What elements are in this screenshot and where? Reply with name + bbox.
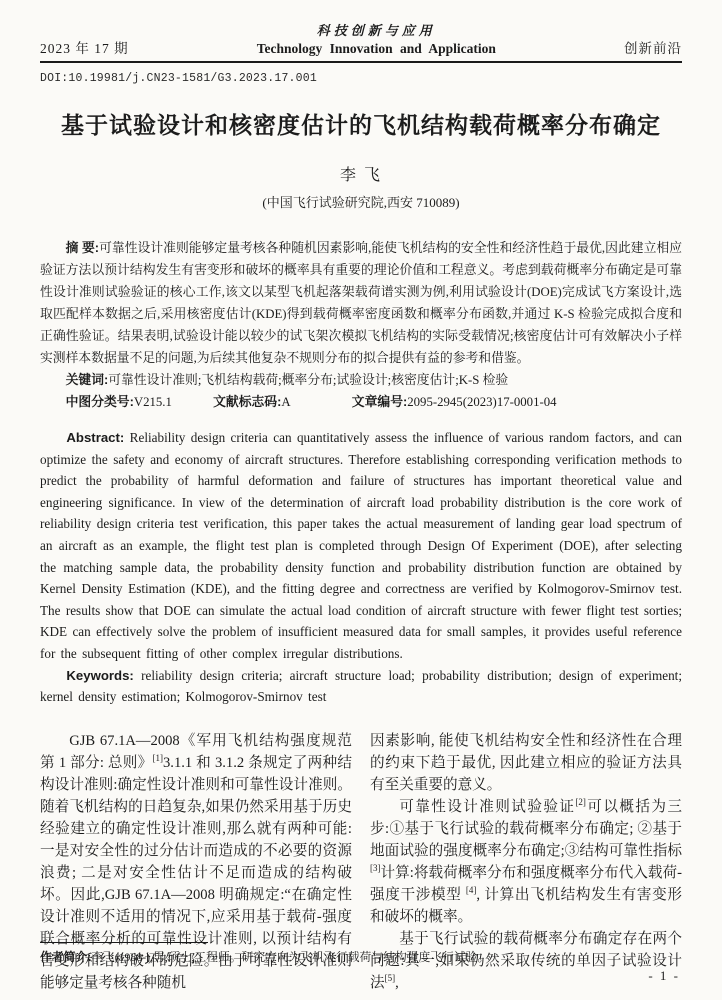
abstract-english: Abstract: Reliability design criteria ca… (40, 427, 682, 708)
clc-number: 中图分类号:V215.1 (66, 395, 172, 409)
abstract-chinese-paragraph: 摘 要:可靠性设计准则能够定量考核各种随机因素影响,能使飞机结构的安全性和经济性… (40, 237, 682, 369)
author-bio-footnote: 作者简介:李飞(1988-),男,硕士,工程师。研究方向为飞机飞行载荷与结构强度… (40, 942, 682, 966)
author-affiliation: (中国飞行试验研究院,西安 710089) (40, 192, 682, 211)
column-label: 创新前沿 (624, 37, 682, 57)
journal-header: 2023 年 17 期 科技创新与应用 Technology Innovatio… (40, 0, 682, 63)
abstract-text-en: Reliability design criteria can quantita… (40, 430, 682, 661)
clc-label: 中图分类号: (66, 394, 134, 409)
classification-line: 中图分类号:V215.1 文献标志码:A 文章编号:2095-2945(2023… (40, 391, 682, 413)
abstract-label-cn: 摘 要: (66, 240, 99, 255)
clc-value: V215.1 (134, 395, 172, 409)
keywords-label-cn: 关键词: (66, 372, 109, 387)
abstract-english-paragraph: Abstract: Reliability design criteria ca… (40, 427, 682, 665)
footnote-divider (40, 942, 208, 943)
doc-code-value: A (281, 395, 290, 409)
keywords-chinese: 关键词:可靠性设计准则;飞机结构载荷;概率分布;试验设计;核密度估计;K-S 检… (40, 369, 682, 391)
keywords-english: Keywords: reliability design criteria; a… (40, 665, 682, 708)
document-code: 文献标志码:A (213, 395, 291, 409)
article-id-label: 文章编号: (352, 394, 407, 409)
doi: DOI:10.19981/j.CN23-1581/G3.2023.17.001 (40, 72, 682, 85)
article-id-value: 2095-2945(2023)17-0001-04 (407, 395, 556, 409)
abstract-chinese: 摘 要:可靠性设计准则能够定量考核各种随机因素影响,能使飞机结构的安全性和经济性… (40, 237, 682, 413)
article-id: 文章编号:2095-2945(2023)17-0001-04 (352, 395, 557, 409)
bio-label: 作者简介: (40, 950, 91, 964)
abstract-label-en: Abstract: (66, 430, 124, 445)
issue-label: 2023 年 17 期 (40, 37, 129, 57)
journal-name-block: 科技创新与应用 Technology Innovation and Applic… (129, 20, 624, 57)
body-paragraph: 因素影响, 能使飞机结构安全性和经济性在合理的约束下趋于最优, 因此建立相应的验… (370, 730, 682, 796)
page-title: 基于试验设计和核密度估计的飞机结构载荷概率分布确定 (40, 107, 682, 140)
journal-page: 2023 年 17 期 科技创新与应用 Technology Innovatio… (0, 0, 722, 1000)
author-name: 李 飞 (40, 162, 682, 185)
keywords-label-en: Keywords: (66, 668, 133, 683)
journal-name-chinese: 科技创新与应用 (129, 20, 624, 39)
keywords-text-en: reliability design criteria; aircraft st… (40, 668, 682, 705)
bio-text: 李飞(1988-),男,硕士,工程师。研究方向为飞机飞行载荷与结构强度飞行试验。 (91, 950, 489, 964)
page-content: 2023 年 17 期 科技创新与应用 Technology Innovatio… (0, 0, 722, 994)
keywords-text-cn: 可靠性设计准则;飞机结构载荷;概率分布;试验设计;核密度估计;K-S 检验 (108, 373, 508, 387)
abstract-text-cn: 可靠性设计准则能够定量考核各种随机因素影响,能使飞机结构的安全性和经济性趋于最优… (40, 241, 682, 365)
body-paragraph: 可靠性设计准则试验验证[2]可以概括为三步:①基于飞行试验的载荷概率分布确定; … (370, 796, 682, 928)
doc-code-label: 文献标志码: (213, 394, 281, 409)
page-number: - 1 - (648, 968, 680, 984)
journal-name-english: Technology Innovation and Application (129, 41, 624, 57)
